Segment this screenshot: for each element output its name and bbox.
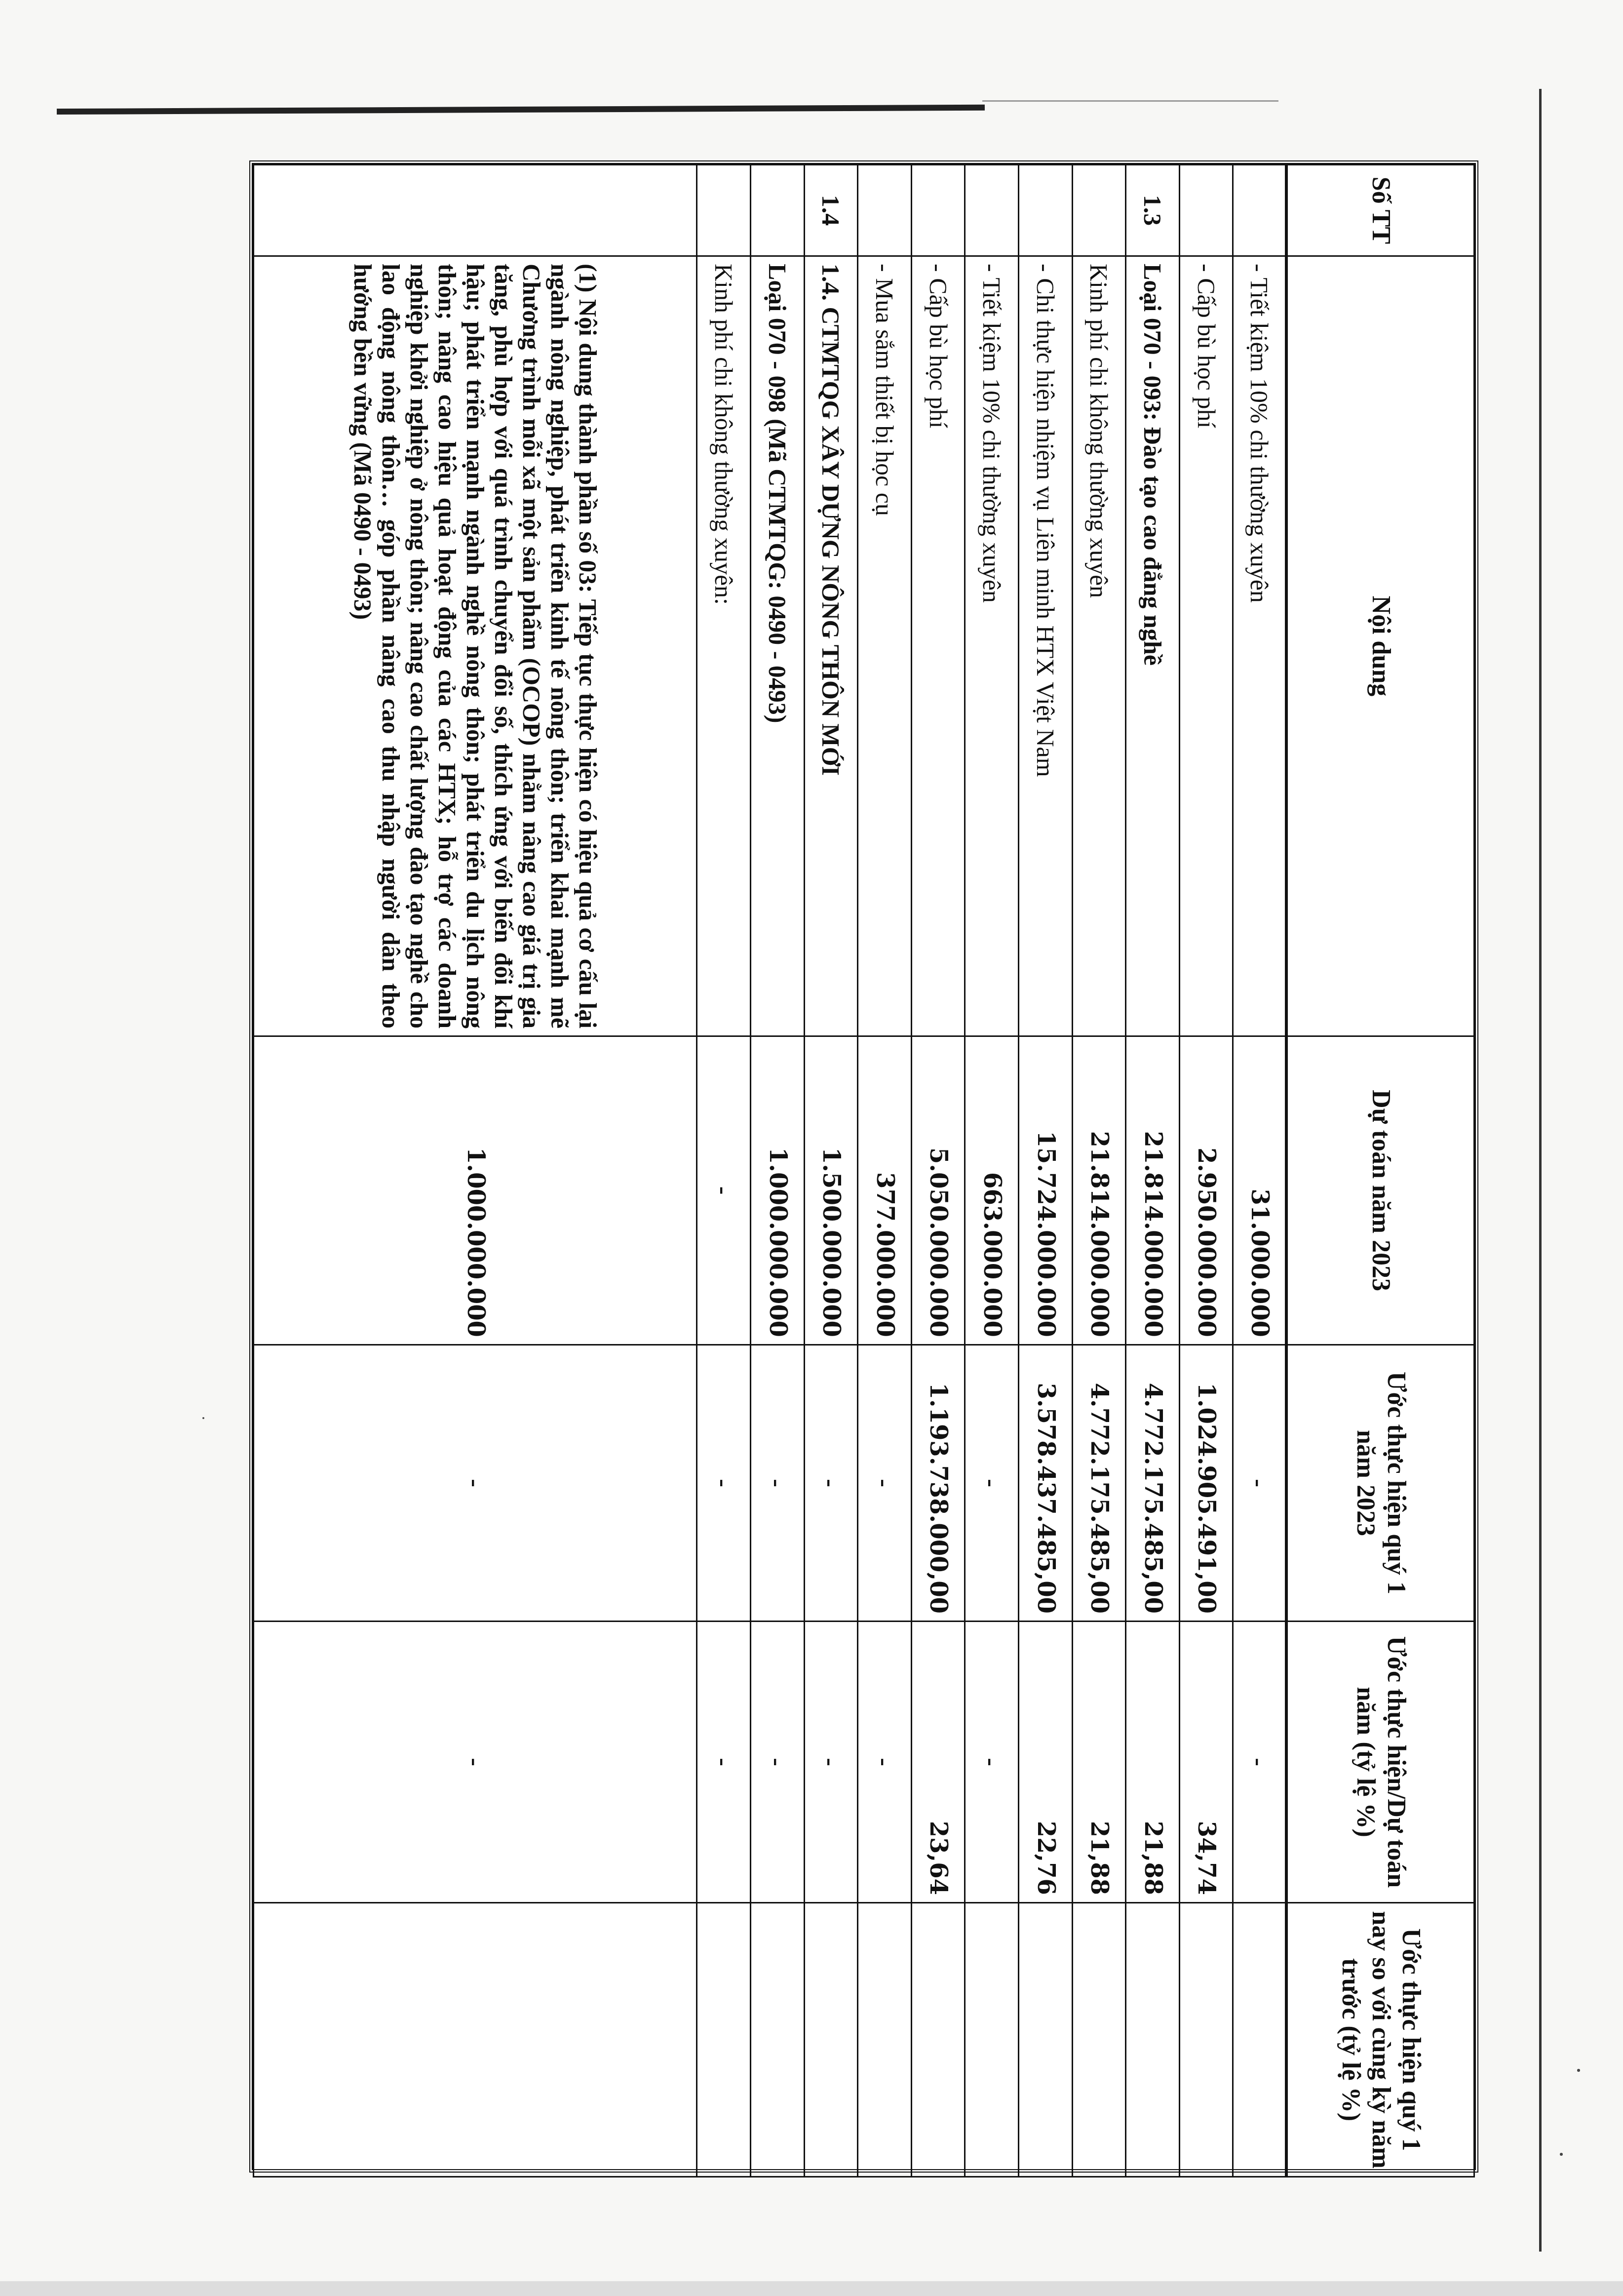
cell-ratio-yoy [697, 1903, 751, 2177]
cell-budget-2023: 5.050.000.000 [911, 1036, 965, 1345]
cell-budget-2023: 21.814.000.000 [1126, 1036, 1180, 1345]
cell-budget-2023: 1.500.000.000 [804, 1036, 858, 1345]
scan-border-top-thin [982, 100, 1278, 102]
header-ratio-to-budget: Ước thực hiện/Dự toán năm (tỷ lệ %) [1287, 1622, 1474, 1903]
table-row: - Cấp bù học phí2.950.000.0001.024.905.4… [1179, 165, 1233, 2177]
cell-q1-estimate: 1.193.738.000,00 [911, 1345, 965, 1622]
cell-ratio-to-budget: - [697, 1622, 751, 1903]
scan-bottom-edge [0, 2281, 1623, 2296]
cell-content: 1.4. CTMTQG XÂY DỰNG NÔNG THÔN MỚI [804, 256, 858, 1036]
header-q1-estimate: Ước thực hiện quý 1 năm 2023 [1287, 1345, 1474, 1622]
budget-table: Số TT Nội dung Dự toán năm 2023 Ước thực… [253, 164, 1475, 2177]
cell-stt [1018, 165, 1072, 256]
cell-content: - Tiết kiệm 10% chi thường xuyên [965, 256, 1019, 1036]
table-row: Kinh phí chi không thường xuyên:--- [697, 165, 751, 2177]
cell-content: (1) Nội dung thành phần số 03: Tiếp tục … [254, 256, 697, 1036]
scan-border-top [57, 105, 985, 115]
cell-ratio-to-budget: - [750, 1622, 804, 1903]
cell-content: Loại 070 - 098 (Mã CTMTQG: 0490 - 0493) [750, 256, 804, 1036]
cell-stt: 1.3 [1126, 165, 1180, 256]
table-row: - Mua sắm thiết bị học cụ377.000.000-- [858, 165, 912, 2177]
cell-stt [1072, 165, 1126, 256]
cell-ratio-to-budget: - [1233, 1622, 1287, 1903]
table-row: - Chi thực hiện nhiệm vụ Liên minh HTX V… [1018, 165, 1072, 2177]
cell-q1-estimate: - [254, 1345, 697, 1622]
cell-ratio-yoy [1018, 1903, 1072, 2177]
cell-budget-2023: 1.000.000.000 [254, 1036, 697, 1345]
cell-content: Kinh phí chi không thường xuyên [1072, 256, 1126, 1036]
cell-q1-estimate: 3.578.437.485,00 [1018, 1345, 1072, 1622]
table-row: Kinh phí chi không thường xuyên21.814.00… [1072, 165, 1126, 2177]
cell-ratio-yoy [1179, 1903, 1233, 2177]
cell-ratio-to-budget: 21,88 [1126, 1622, 1180, 1903]
cell-ratio-to-budget: - [858, 1622, 912, 1903]
cell-q1-estimate: 4.772.175.485,00 [1126, 1345, 1180, 1622]
cell-content: Loại 070 - 093: Đào tạo cao đẳng nghề [1126, 256, 1180, 1036]
cell-content: - Cấp bù học phí [1179, 256, 1233, 1036]
cell-ratio-to-budget: 21,88 [1072, 1622, 1126, 1903]
header-content: Nội dung [1287, 256, 1474, 1036]
cell-content: - Mua sắm thiết bị học cụ [858, 256, 912, 1036]
cell-ratio-yoy [1233, 1903, 1287, 2177]
cell-budget-2023: 15.724.000.000 [1018, 1036, 1072, 1345]
cell-stt [965, 165, 1019, 256]
table-body: - Tiết kiệm 10% chi thường xuyên31.000.0… [254, 165, 1287, 2177]
header-budget-2023: Dự toán năm 2023 [1287, 1036, 1474, 1345]
cell-stt [1233, 165, 1287, 256]
cell-ratio-yoy [911, 1903, 965, 2177]
cell-ratio-to-budget: - [965, 1622, 1019, 1903]
cell-q1-estimate: - [1233, 1345, 1287, 1622]
cell-ratio-to-budget: - [254, 1622, 697, 1903]
cell-ratio-yoy [1126, 1903, 1180, 2177]
cell-content: - Chi thực hiện nhiệm vụ Liên minh HTX V… [1018, 256, 1072, 1036]
cell-ratio-yoy [965, 1903, 1019, 2177]
cell-stt [858, 165, 912, 256]
cell-budget-2023: 1.000.000.000 [750, 1036, 804, 1345]
cell-ratio-yoy [804, 1903, 858, 2177]
table-row: - Tiết kiệm 10% chi thường xuyên31.000.0… [1233, 165, 1287, 2177]
cell-budget-2023: 21.814.000.000 [1072, 1036, 1126, 1345]
cell-content: - Tiết kiệm 10% chi thường xuyên [1233, 256, 1287, 1036]
cell-stt [750, 165, 804, 256]
table-row: - Tiết kiệm 10% chi thường xuyên663.000.… [965, 165, 1019, 2177]
budget-table-rotated: Số TT Nội dung Dự toán năm 2023 Ước thực… [249, 160, 1478, 2173]
header-ratio-yoy: Ước thực hiện quý 1 nay so với cùng kỳ n… [1287, 1903, 1474, 2177]
cell-budget-2023: 663.000.000 [965, 1036, 1019, 1345]
cell-q1-estimate: - [858, 1345, 912, 1622]
cell-ratio-to-budget: 23,64 [911, 1622, 965, 1903]
cell-q1-estimate: - [804, 1345, 858, 1622]
scan-speck [202, 1417, 204, 1419]
cell-budget-2023: - [697, 1036, 751, 1345]
cell-q1-estimate: 4.772.175.485,00 [1072, 1345, 1126, 1622]
cell-budget-2023: 377.000.000 [858, 1036, 912, 1345]
cell-stt [254, 165, 697, 256]
scan-border-right [1539, 89, 1542, 2252]
cell-ratio-to-budget: - [804, 1622, 858, 1903]
cell-q1-estimate: - [750, 1345, 804, 1622]
table-row: (1) Nội dung thành phần số 03: Tiếp tục … [254, 165, 697, 2177]
cell-ratio-yoy [858, 1903, 912, 2177]
cell-budget-2023: 2.950.000.000 [1179, 1036, 1233, 1345]
scan-speck [1577, 2069, 1580, 2072]
table-row: Loại 070 - 098 (Mã CTMTQG: 0490 - 0493)1… [750, 165, 804, 2177]
cell-budget-2023: 31.000.000 [1233, 1036, 1287, 1345]
cell-ratio-yoy [1072, 1903, 1126, 2177]
cell-ratio-to-budget: 22,76 [1018, 1622, 1072, 1903]
cell-stt [911, 165, 965, 256]
cell-q1-estimate: - [965, 1345, 1019, 1622]
cell-ratio-yoy [254, 1903, 697, 2177]
table-row: 1.3Loại 070 - 093: Đào tạo cao đẳng nghề… [1126, 165, 1180, 2177]
cell-content: Kinh phí chi không thường xuyên: [697, 256, 751, 1036]
table-header-row: Số TT Nội dung Dự toán năm 2023 Ước thực… [1287, 165, 1474, 2177]
scan-speck [1560, 2153, 1563, 2156]
cell-stt [697, 165, 751, 256]
cell-stt [1179, 165, 1233, 256]
cell-q1-estimate: - [697, 1345, 751, 1622]
header-stt: Số TT [1287, 165, 1474, 256]
cell-q1-estimate: 1.024.905.491,00 [1179, 1345, 1233, 1622]
cell-ratio-to-budget: 34,74 [1179, 1622, 1233, 1903]
table-row: 1.41.4. CTMTQG XÂY DỰNG NÔNG THÔN MỚI1.5… [804, 165, 858, 2177]
cell-stt: 1.4 [804, 165, 858, 256]
cell-content: - Cấp bù học phí [911, 256, 965, 1036]
cell-ratio-yoy [750, 1903, 804, 2177]
table-row: - Cấp bù học phí5.050.000.0001.193.738.0… [911, 165, 965, 2177]
